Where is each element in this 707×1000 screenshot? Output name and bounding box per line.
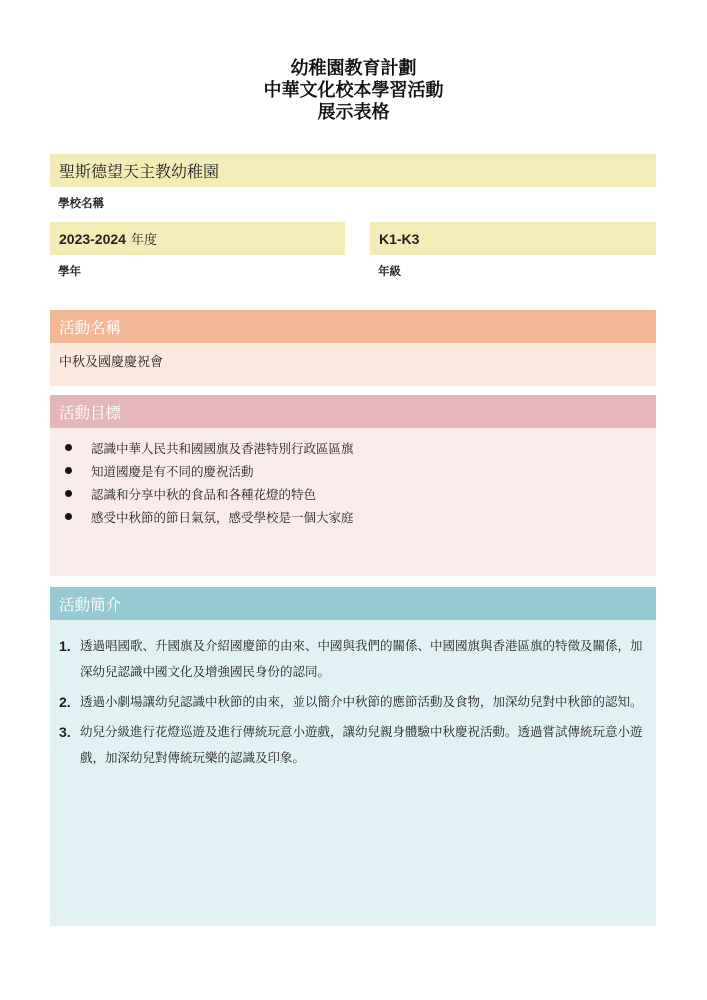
activity-intro-heading: 活動簡介 <box>50 587 656 620</box>
activity-goals-body[interactable]: 認識中華人民共和國國旗及香港特別行政區區旗 知道國慶是有不同的慶祝活動 認識和分… <box>50 428 656 576</box>
school-year-field[interactable]: 2023-2024 年度 <box>50 222 345 255</box>
grade-field[interactable]: K1-K3 <box>370 222 656 255</box>
school-year-suffix: 年度 <box>131 229 157 248</box>
school-name-label: 學校名稱 <box>58 195 104 211</box>
intro-number: 2. <box>59 689 80 715</box>
grade-value: K1-K3 <box>379 231 419 247</box>
school-name-value: 聖斯德望天主教幼稚園 <box>59 159 219 182</box>
school-name-field[interactable]: 聖斯德望天主教幼稚園 <box>50 154 656 187</box>
activity-name-value: 中秋及國慶慶祝會 <box>59 355 163 370</box>
activity-name-body[interactable]: 中秋及國慶慶祝會 <box>50 343 656 386</box>
intro-text: 幼兒分級進行花燈巡遊及進行傳統玩意小遊戲，讓幼兒親身體驗中秋慶祝活動。透過嘗試傳… <box>80 719 647 771</box>
intro-item: 3. 幼兒分級進行花燈巡遊及進行傳統玩意小遊戲，讓幼兒親身體驗中秋慶祝活動。透過… <box>59 719 647 771</box>
bullet-icon <box>65 467 72 474</box>
intro-number: 1. <box>59 633 80 685</box>
bullet-icon <box>65 490 72 497</box>
school-year-value: 2023-2024 <box>59 231 126 247</box>
intro-number: 3. <box>59 719 80 771</box>
goal-text: 感受中秋節的節日氣氛，感受學校是一個大家庭 <box>91 508 354 526</box>
title-line-2: 中華文化校本學習活動 <box>0 80 707 102</box>
activity-name-section: 活動名稱 中秋及國慶慶祝會 <box>50 310 656 386</box>
activity-name-heading: 活動名稱 <box>50 310 656 343</box>
goal-text: 知道國慶是有不同的慶祝活動 <box>91 462 254 480</box>
bullet-icon <box>65 444 72 451</box>
activity-intro-section: 活動簡介 1. 透過唱國歌、升國旗及介紹國慶節的由來、中國與我們的關係、中國國旗… <box>50 587 656 926</box>
activity-intro-body[interactable]: 1. 透過唱國歌、升國旗及介紹國慶節的由來、中國與我們的關係、中國國旗與香港區旗… <box>50 620 656 926</box>
school-year-label: 學年 <box>58 263 81 279</box>
intro-list: 1. 透過唱國歌、升國旗及介紹國慶節的由來、中國與我們的關係、中國國旗與香港區旗… <box>59 633 647 771</box>
goal-text: 認識中華人民共和國國旗及香港特別行政區區旗 <box>91 439 354 457</box>
intro-item: 1. 透過唱國歌、升國旗及介紹國慶節的由來、中國與我們的關係、中國國旗與香港區旗… <box>59 633 647 685</box>
goal-item: 感受中秋節的節日氣氛，感受學校是一個大家庭 <box>59 505 647 528</box>
goal-item: 認識和分享中秋的食品和各種花燈的特色 <box>59 482 647 505</box>
grade-label: 年級 <box>378 263 401 279</box>
intro-text: 透過唱國歌、升國旗及介紹國慶節的由來、中國與我們的關係、中國國旗與香港區旗的特徵… <box>80 633 647 685</box>
goal-item: 認識中華人民共和國國旗及香港特別行政區區旗 <box>59 436 647 459</box>
title-line-3: 展示表格 <box>0 102 707 124</box>
bullet-icon <box>65 513 72 520</box>
intro-item: 2. 透過小劇場讓幼兒認識中秋節的由來，並以簡介中秋節的應節活動及食物，加深幼兒… <box>59 689 647 715</box>
goals-list: 認識中華人民共和國國旗及香港特別行政區區旗 知道國慶是有不同的慶祝活動 認識和分… <box>59 436 647 528</box>
document-title: 幼稚園教育計劃 中華文化校本學習活動 展示表格 <box>0 58 707 124</box>
intro-text: 透過小劇場讓幼兒認識中秋節的由來，並以簡介中秋節的應節活動及食物，加深幼兒對中秋… <box>80 689 647 715</box>
goal-item: 知道國慶是有不同的慶祝活動 <box>59 459 647 482</box>
activity-goals-heading: 活動目標 <box>50 395 656 428</box>
title-line-1: 幼稚園教育計劃 <box>0 58 707 80</box>
activity-goals-section: 活動目標 認識中華人民共和國國旗及香港特別行政區區旗 知道國慶是有不同的慶祝活動… <box>50 395 656 576</box>
goal-text: 認識和分享中秋的食品和各種花燈的特色 <box>91 485 316 503</box>
